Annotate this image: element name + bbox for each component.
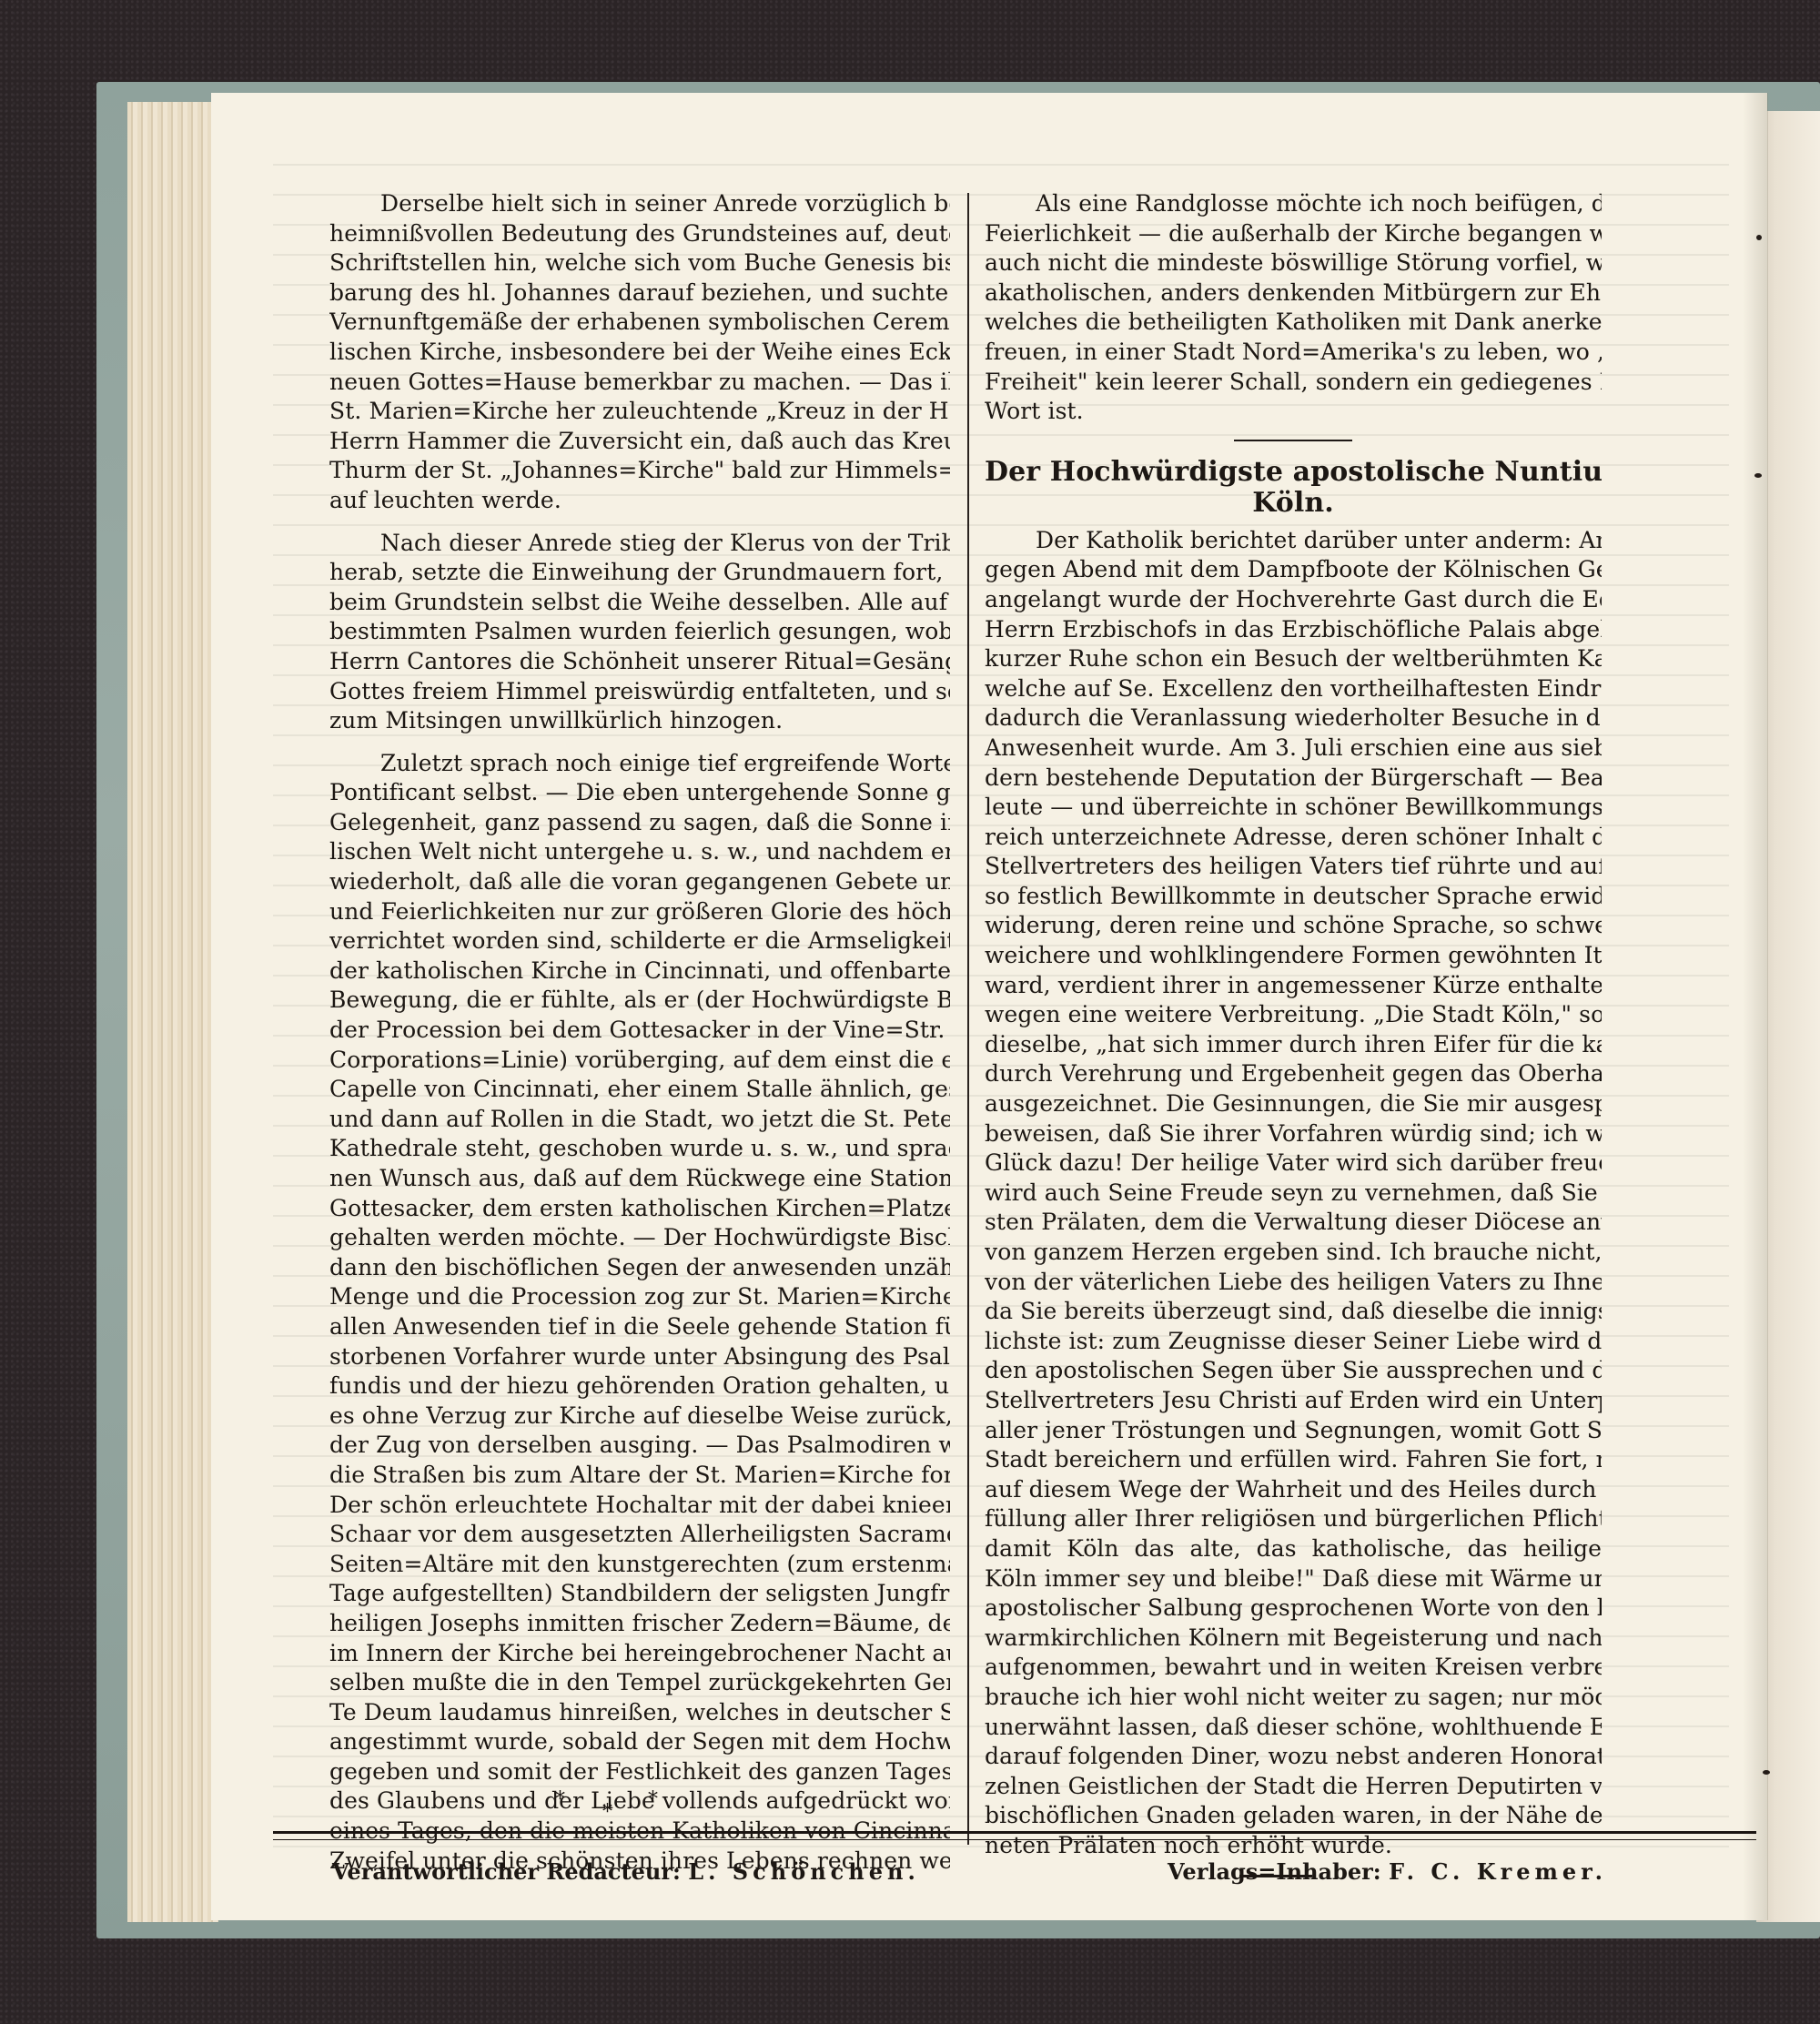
article-headline: Der Hochwürdigste apostolische Nuntius i… [985,457,1602,519]
text-line: widerung, deren reine und schöne Sprache… [985,911,1602,941]
text-line: dieselbe, „hat sich immer durch ihren Ei… [985,1030,1602,1060]
text-line: Der Hochwürdigste apostolische Nuntius i… [985,457,1602,488]
text-line: warmkirchlichen Kölnern mit Begeisterung… [985,1624,1602,1654]
text-line: so festlich Bewillkommte in deutscher Sp… [985,882,1602,912]
short-rule [1234,440,1352,444]
text-line: allen Anwesenden tief in die Seele gehen… [329,1312,950,1342]
paper-speck [1763,1770,1770,1775]
paragraph-pontificant-words: Zuletzt sprach noch einige tief ergreife… [329,749,950,1877]
text-line: die Straßen bis zum Altare der St. Marie… [329,1461,950,1491]
text-line: Herrn Hammer die Zuversicht ein, daß auc… [329,427,950,457]
text-line: aufgenommen, bewahrt und in weiten Kreis… [985,1653,1602,1683]
footer-rule [273,1831,1756,1840]
text-line: neuen Gottes=Hause bemerkbar zu machen. … [329,368,950,398]
text-line: lichste ist: zum Zeugnisse dieser Seiner… [985,1327,1602,1357]
footer-publisher: Verlags=Inhaber: F. C. Kremer. [1168,1858,1607,1885]
text-line: damit Köln das alte, das katholische, da… [985,1534,1602,1564]
text-line: apostolischer Salbung gesprochenen Worte… [985,1594,1602,1624]
text-line: unerwähnt lassen, daß dieser schöne, woh… [985,1713,1602,1743]
text-line: heiligen Josephs inmitten frischer Zeder… [329,1609,950,1639]
article-body-nuntius: Der Katholik berichtet darüber unter and… [985,526,1602,1861]
text-line: es ohne Verzug zur Kirche auf dieselbe W… [329,1402,950,1432]
text-line: darauf folgenden Diner, wozu nebst ander… [985,1742,1602,1772]
text-line: angestimmt wurde, sobald der Segen mit d… [329,1727,950,1757]
text-line: barung des hl. Johannes darauf beziehen,… [329,278,950,309]
text-line: auch nicht die mindeste böswillige Störu… [985,248,1602,278]
text-line: ausgezeichnet. Die Gesinnungen, die Sie … [985,1089,1602,1119]
text-line: welches die betheiligten Katholiken mit … [985,308,1602,338]
text-line: Capelle von Cincinnati, eher einem Stall… [329,1075,950,1105]
text-line: Corporations=Linie) vorüberging, auf dem… [329,1046,950,1076]
editor-name: L. Schönchen. [688,1858,920,1885]
text-line: Bewegung, die er fühlte, als er (der Hoc… [329,986,950,1016]
text-line: Schriftstellen hin, welche sich vom Buch… [329,248,950,278]
text-line: selben mußte die in den Tempel zurückgek… [329,1668,950,1698]
text-line: gegeben und somit der Festlichkeit des g… [329,1757,950,1787]
text-line: Zuletzt sprach noch einige tief ergreife… [329,749,950,779]
text-line: von der väterlichen Liebe des heiligen V… [985,1268,1602,1298]
text-line: Kathedrale steht, geschoben wurde u. s. … [329,1134,950,1164]
text-line: akatholischen, anders denkenden Mitbürge… [985,278,1602,309]
text-line: aller jener Tröstungen und Segnungen, wo… [985,1416,1602,1446]
text-line: Pontificant selbst. — Die eben untergehe… [329,778,950,808]
text-line: den apostolischen Segen über Sie ausspre… [985,1356,1602,1386]
text-line: Freiheit" kein leerer Schall, sondern ei… [985,368,1602,398]
text-line: Stellvertreters Jesu Christi auf Erden w… [985,1386,1602,1416]
text-line: Thurm der St. „Johannes=Kirche" bald zur… [329,456,950,486]
text-line: wegen eine weitere Verbreitung. „Die Sta… [985,1000,1602,1030]
text-line: wird auch Seine Freude seyn zu vernehmen… [985,1179,1602,1209]
paragraph-cornerstone-speech: Derselbe hielt sich in seiner Anrede vor… [329,189,950,516]
text-line: Herrn Erzbischofs in das Erzbischöfliche… [985,615,1602,645]
text-line: brauche ich hier wohl nicht weiter zu sa… [985,1683,1602,1713]
text-line: kurzer Ruhe schon ein Besuch der weltber… [985,644,1602,674]
text-line: lischen Welt nicht untergehe u. s. w., u… [329,837,950,867]
text-line: und dann auf Rollen in die Stadt, wo jet… [329,1105,950,1135]
text-line: von ganzem Herzen ergeben sind. Ich brau… [985,1238,1602,1268]
publisher-label: Verlags=Inhaber: [1168,1858,1381,1885]
text-line: freuen, in einer Stadt Nord=Amerika's zu… [985,338,1602,368]
text-line: Anwesenheit wurde. Am 3. Juli erschien e… [985,734,1602,764]
text-line: Herrn Cantores die Schönheit unserer Rit… [329,647,950,677]
text-line: storbenen Vorfahrer wurde unter Absingun… [329,1342,950,1372]
column-divider [967,193,969,1845]
text-line: Vernunftgemäße der erhabenen symbolische… [329,308,950,338]
text-line: Stellvertreters des heiligen Vaters tief… [985,852,1602,882]
text-line: gehalten werden möchte. — Der Hochwürdig… [329,1223,950,1253]
text-line: ward, verdient ihrer in angemessener Kür… [985,971,1602,1001]
text-line: bestimmten Psalmen wurden feierlich gesu… [329,617,950,647]
page-edges [127,102,218,1922]
left-column: Derselbe hielt sich in seiner Anrede vor… [329,189,950,1888]
text-line: der katholischen Kirche in Cincinnati, u… [329,956,950,987]
text-line: Köln immer sey und bleibe!" Daß diese mi… [985,1564,1602,1594]
text-line: Glück dazu! Der heilige Vater wird sich … [985,1149,1602,1179]
text-line: gegen Abend mit dem Dampfboote der Kölni… [985,555,1602,585]
footer-editor: Verantwortlicher Redacteur: L. Schönchen… [332,1858,920,1885]
paragraph-clergy-descends: Nach dieser Anrede stieg der Klerus von … [329,529,950,736]
text-line: fundis und der hiezu gehörenden Oration … [329,1371,950,1402]
text-line: Der Katholik berichtet darüber unter and… [985,526,1602,556]
text-line: Der schön erleuchtete Hochaltar mit der … [329,1491,950,1521]
text-line: Menge und die Procession zog zur St. Mar… [329,1282,950,1312]
text-line: verrichtet worden sind, schilderte er di… [329,926,950,956]
text-line: Gottesacker, dem ersten katholischen Kir… [329,1194,950,1224]
right-column: Als eine Randglosse möchte ich noch beif… [985,189,1602,1877]
text-line: da Sie bereits überzeugt sind, daß diese… [985,1297,1602,1327]
text-line: durch Verehrung und Ergebenheit gegen da… [985,1059,1602,1089]
text-line: Wort ist. [985,397,1602,427]
paragraph-randglosse: Als eine Randglosse möchte ich noch beif… [985,189,1602,427]
text-line: lischen Kirche, insbesondere bei der Wei… [329,338,950,368]
text-line: Tage aufgestellten) Standbildern der sel… [329,1579,950,1609]
text-line: angelangt wurde der Hochverehrte Gast du… [985,585,1602,615]
text-line: Gottes freiem Himmel preiswürdig entfalt… [329,677,950,707]
text-line: wiederholt, daß alle die voran gegangene… [329,867,950,897]
paper-speck [1754,473,1762,478]
text-line: Stadt bereichern und erfüllen wird. Fahr… [985,1445,1602,1475]
text-line: der Zug von derselben ausging. — Das Psa… [329,1431,950,1461]
text-line: Seiten=Altäre mit den kunstgerechten (zu… [329,1550,950,1580]
gutter-shadow [1743,93,1768,1920]
text-line: Als eine Randglosse möchte ich noch beif… [985,189,1602,219]
text-line: zum Mitsingen unwillkürlich hinzogen. [329,706,950,736]
paper-speck [1756,235,1762,240]
publisher-name: F. C. Kremer. [1389,1858,1607,1885]
text-line: füllung aller Ihrer religiösen und bürge… [985,1504,1602,1534]
text-line: Köln. [985,488,1602,519]
text-line: herab, setzte die Einweihung der Grundma… [329,558,950,588]
text-line: beim Grundstein selbst die Weihe desselb… [329,588,950,618]
text-line: weichere und wohlklingendere Formen gewö… [985,941,1602,971]
text-line: und Feierlichkeiten nur zur größeren Glo… [329,897,950,927]
text-line: Feierlichkeit — die außerhalb der Kirche… [985,219,1602,249]
editor-label: Verantwortlicher Redacteur: [332,1858,681,1885]
text-line: nen Wunsch aus, daß auf dem Rückwege ein… [329,1164,950,1194]
text-line: Nach dieser Anrede stieg der Klerus von … [329,529,950,559]
text-line: auf diesem Wege der Wahrheit und des Hei… [985,1475,1602,1505]
section-separator-asterisks: * * * [546,1788,728,1834]
text-line: reich unterzeichnete Adresse, deren schö… [985,823,1602,853]
text-line: der Procession bei dem Gottesacker in de… [329,1016,950,1046]
text-line: welche auf Se. Excellenz den vortheilhaf… [985,674,1602,704]
text-line: Derselbe hielt sich in seiner Anrede vor… [329,189,950,219]
text-line: beweisen, daß Sie ihrer Vorfahren würdig… [985,1119,1602,1149]
text-line: heimnißvollen Bedeutung des Grundsteines… [329,219,950,249]
text-line: Schaar vor dem ausgesetzten Allerheiligs… [329,1520,950,1550]
text-line: dadurch die Veranlassung wiederholter Be… [985,703,1602,734]
text-line: auf leuchten werde. [329,486,950,516]
text-line: Te Deum laudamus hinreißen, welches in d… [329,1698,950,1728]
text-line: leute — und überreichte in schöner Bewil… [985,793,1602,823]
text-line: St. Marien=Kirche her zuleuchtende „Kreu… [329,397,950,427]
text-line: dern bestehende Deputation der Bürgersch… [985,764,1602,794]
text-line: bischöflichen Gnaden geladen waren, in d… [985,1801,1602,1831]
text-line: dann den bischöflichen Segen der anwesen… [329,1253,950,1283]
text-line: Gelegenheit, ganz passend zu sagen, daß … [329,808,950,838]
text-line: zelnen Geistlichen der Stadt die Herren … [985,1772,1602,1802]
text-line: im Innern der Kirche bei hereingebrochen… [329,1639,950,1669]
text-line: sten Prälaten, dem die Verwaltung dieser… [985,1208,1602,1238]
